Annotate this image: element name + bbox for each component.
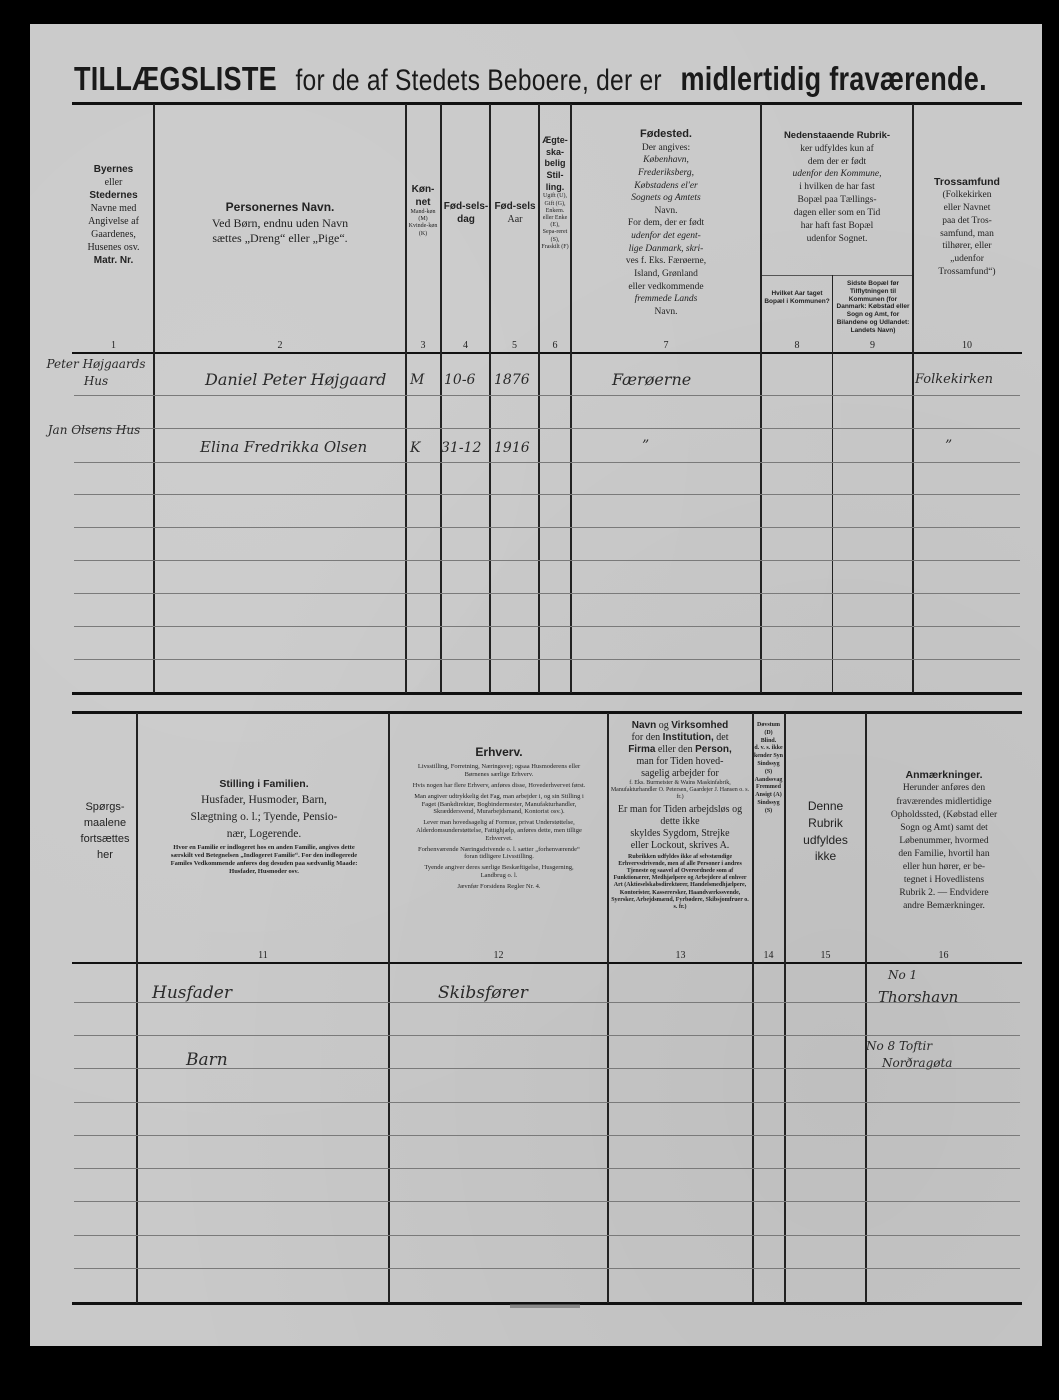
name-cell: Daniel Peter Højgaard: [205, 370, 386, 389]
row-line: [74, 1268, 1020, 1269]
row-line: [74, 1168, 1020, 1169]
occupation-cell: Skibsfører: [438, 983, 528, 1003]
header-col-13: Navn og Virksomhed for den Institution, …: [609, 720, 751, 911]
header-col-9: Sidste Bopæl før Tilflytningen til Kommu…: [834, 280, 912, 335]
top-table-bottom-border: [72, 692, 1022, 695]
remarks-cell: No 1 Thorshavn: [878, 966, 958, 1009]
column-number: 3: [406, 340, 440, 351]
col-divider: [489, 104, 491, 693]
header-col-12: Erhverv. Livsstilling, Forretning, Nærin…: [392, 745, 606, 891]
title-middle: for de af Stedets Beboere, der er: [295, 64, 661, 97]
header-col-6: Ægte-ska-belig Stil-ling. Ugift (U), Gif…: [540, 135, 570, 251]
col-divider: [440, 104, 442, 693]
birth-day-cell: 10-6: [444, 372, 475, 388]
row-line: [74, 560, 1020, 561]
row-line: [74, 494, 1020, 495]
column-number: 10: [914, 340, 1020, 351]
header-col-15: Denne Rubrik udfyldes ikke: [786, 798, 865, 865]
religion-cell: ”: [945, 438, 952, 454]
name-cell: Elina Fredrikka Olsen: [200, 438, 367, 456]
remarks-cell: No 8 Toftir Norðragøta: [866, 1038, 952, 1073]
col-divider: [388, 713, 390, 1303]
row-line: [74, 1135, 1020, 1136]
row-line: [74, 395, 1020, 396]
header-col-3: Køn-net Mand-køn (M) Kvinde-køn (K): [406, 183, 440, 238]
column-number: 5: [491, 340, 538, 351]
header-col-16: Anmærkninger. Herunder anføres den fravæ…: [868, 768, 1020, 914]
religion-cell: Folkekirken: [915, 372, 993, 387]
row-line: [74, 527, 1020, 528]
header-col-8: Hvilket Aar taget Bopæl i Kommunen?: [764, 290, 830, 306]
col-divider: [136, 713, 138, 1303]
column-number: 2: [155, 340, 405, 351]
header-col-7: Fødested. Der angives: København, Freder…: [572, 127, 760, 318]
header-col-10: Trossamfund (Folkekirken eller Navnet pa…: [914, 175, 1020, 279]
birth-year-cell: 1876: [494, 372, 530, 388]
col-divider: [865, 713, 867, 1303]
birthplace-cell: Færøerne: [612, 370, 691, 389]
column-number: 12: [390, 950, 607, 961]
family-position-cell: Husfader: [152, 983, 232, 1003]
row-line: [74, 659, 1020, 660]
group-8-9-divider: [760, 275, 912, 276]
header-col-5: Fød-sels Aar: [492, 200, 538, 226]
printer-imprint: [510, 1304, 580, 1308]
row-line: [74, 1035, 1020, 1036]
row-line: [74, 593, 1020, 594]
sex-cell: K: [410, 440, 420, 456]
column-number: 16: [867, 950, 1020, 961]
bottom-table-top-border: [72, 711, 1022, 714]
column-number: 13: [609, 950, 752, 961]
title-bold-start: TILLÆGSLISTE: [74, 60, 277, 97]
form-title: TILLÆGSLISTE for de af Stedets Beboere, …: [74, 60, 853, 98]
row-line: [74, 462, 1020, 463]
column-number: 4: [442, 340, 489, 351]
birth-day-cell: 31-12: [441, 440, 481, 456]
family-position-cell: Barn: [186, 1050, 228, 1070]
header-col-4: Fød-sels-dag: [443, 200, 489, 226]
row-line: [74, 1201, 1020, 1202]
birthplace-cell: ”: [642, 438, 649, 454]
header-group-8-9: Nedenstaaende Rubrik- ker udfyldes kun a…: [762, 130, 912, 245]
column-number: 7: [572, 340, 760, 351]
title-bold-end: midlertidig fraværende.: [680, 60, 986, 97]
row-line: [74, 1102, 1020, 1103]
column-number: 9: [833, 340, 912, 351]
column-number: 11: [138, 950, 388, 961]
col-divider: [832, 275, 833, 693]
row-line: [74, 1235, 1020, 1236]
row-line: [74, 626, 1020, 627]
sex-cell: M: [410, 372, 424, 388]
birth-year-cell: 1916: [494, 440, 530, 456]
column-number: 6: [540, 340, 570, 351]
header-continue-note: Spørgs- maalene fortsættes her: [74, 800, 136, 864]
header-col-11: Stilling i Familien. Husfader, Husmoder,…: [140, 777, 388, 875]
place-cell: Peter Højgaards Hus: [36, 356, 156, 390]
header-col-14: Døvstum (D) Blind. d. v. s. ikke kender …: [753, 722, 784, 816]
place-cell: Jan Olsens Hus: [34, 422, 154, 439]
column-number: 14: [753, 950, 784, 961]
bottom-table-header-border: [72, 962, 1022, 964]
column-number: 8: [762, 340, 832, 351]
top-table-header-border: [72, 352, 1022, 354]
header-col-1: Byernes eller Stedernes Navne med Angive…: [74, 163, 153, 267]
column-number: 15: [786, 950, 865, 961]
col-divider: [153, 104, 155, 693]
top-table-top-border: [72, 102, 1022, 105]
column-number: 1: [74, 340, 153, 351]
header-col-2: Personernes Navn. Ved Børn, endnu uden N…: [155, 200, 405, 247]
row-line: [74, 428, 1020, 429]
